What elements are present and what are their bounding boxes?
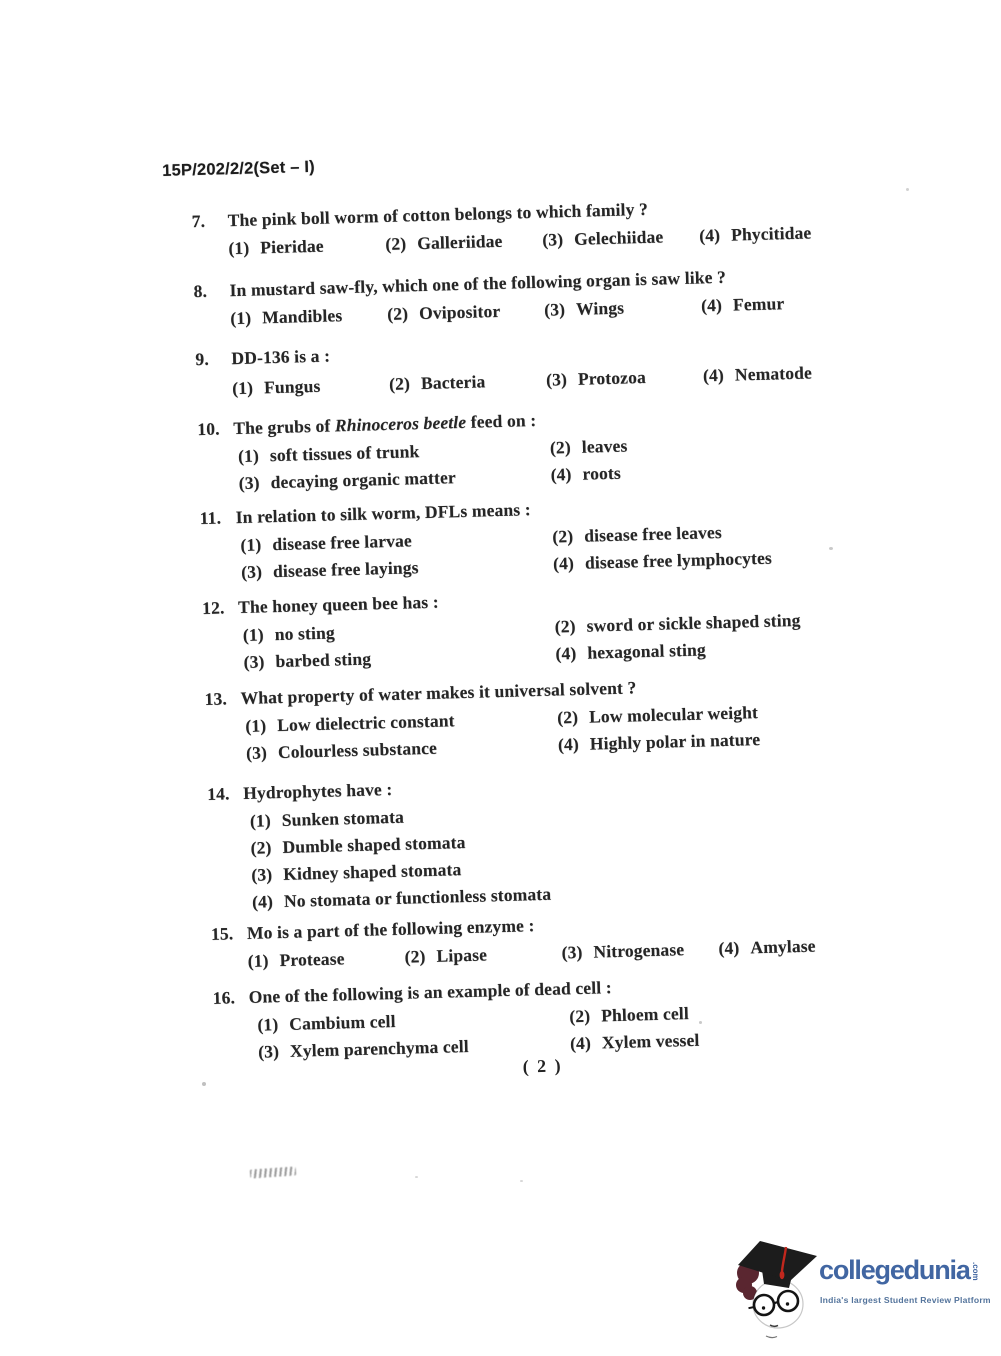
option: (4)Xylem vessel [570, 1030, 700, 1054]
option-label: Low molecular weight [589, 702, 758, 727]
question-number: 8. [193, 280, 230, 302]
option-label: Phloem cell [601, 1003, 689, 1025]
question-11: 11.In relation to silk worm, DFLs means … [169, 490, 886, 591]
option-label: soft tissues of trunk [270, 441, 420, 465]
option-number: (2) [557, 707, 578, 728]
question-text-italic: Rhinoceros beetle [335, 412, 467, 436]
option-number: (1) [230, 308, 251, 329]
option-label: Wings [576, 298, 625, 319]
collegedunia-logo: collegedunia .com India's largest Studen… [733, 1240, 997, 1348]
option-label: Nitrogenase [593, 939, 684, 961]
option: (2)leaves [550, 435, 628, 458]
option: (1)Protease [247, 947, 405, 972]
option-label: Ovipositor [419, 301, 501, 323]
option-label: decaying organic matter [270, 467, 456, 492]
collegedunia-domain-suffix: .com [971, 1262, 980, 1281]
option-number: (2) [552, 526, 573, 547]
option-label: disease free layings [273, 557, 419, 581]
option-label: disease free leaves [584, 522, 722, 546]
option-label: Kidney shaped stomata [283, 859, 462, 884]
option-label: Bacteria [421, 371, 486, 393]
option-label: Highly polar in nature [590, 729, 761, 754]
option: (4)disease free lymphocytes [553, 548, 772, 575]
option-number: (3) [246, 742, 267, 763]
option-number: (3) [542, 229, 563, 250]
question-9: 9.DD-136 is a : (1)Fungus(2)Bacteria(3)P… [165, 331, 881, 407]
option: (4)Nematode [703, 362, 812, 386]
option-number: (4) [718, 938, 739, 959]
option-number: (4) [550, 464, 571, 485]
option: (2)Phloem cell [569, 1003, 689, 1027]
option-label: hexagonal sting [587, 639, 706, 662]
collegedunia-wordmark: collegedunia [819, 1255, 970, 1286]
option-label: Femur [733, 293, 785, 314]
option-label: roots [582, 463, 621, 484]
page-number: ( 2 ) [522, 1055, 563, 1077]
option: (3)disease free layings [241, 554, 553, 583]
question-text: The honey queen bee has : [238, 592, 439, 617]
scan-speck [202, 1082, 206, 1086]
question-text-pre: The grubs of [233, 415, 335, 438]
option-number: (1) [245, 715, 266, 736]
option-label: leaves [581, 435, 627, 456]
option: (1)disease free larvae [240, 527, 552, 556]
option-number: (2) [389, 373, 410, 394]
option-label: Cambium cell [289, 1011, 396, 1034]
option: (3)Colourless substance [246, 734, 558, 763]
option: (1)Low dielectric constant [245, 707, 557, 736]
question-text: One of the following is an example of de… [248, 977, 612, 1007]
question-text: In mustard saw-fly, which one of the fol… [229, 267, 726, 300]
question-text: What property of water makes it universa… [240, 677, 636, 708]
option-number: (3) [243, 651, 264, 672]
option-number: (4) [570, 1033, 591, 1054]
option-number: (3) [544, 299, 565, 320]
option-number: (3) [241, 561, 262, 582]
option: (4)Femur [701, 293, 785, 316]
option-number: (1) [247, 950, 268, 971]
option-number: (1) [232, 378, 253, 399]
option-number: (2) [569, 1006, 590, 1027]
option-label: no sting [274, 622, 335, 644]
option-number: (3) [561, 942, 582, 963]
question-10: 10.The grubs of Rhinoceros beetle feed o… [167, 401, 884, 502]
option-number: (1) [257, 1014, 278, 1035]
scan-speck [699, 1021, 702, 1024]
option-label: Xylem vessel [602, 1030, 700, 1053]
scan-speck [415, 1176, 418, 1178]
scan-speck [520, 1180, 523, 1182]
option-number: (4) [701, 295, 722, 316]
option-label: Protozoa [578, 367, 646, 389]
option: (2)Galleriidae [385, 230, 543, 255]
question-text: In relation to silk worm, DFLs means : [235, 499, 531, 527]
option: (1)soft tissues of trunk [238, 438, 550, 467]
question-8: 8.In mustard saw-fly, which one of the f… [163, 263, 879, 337]
option: (3)Kidney shaped stomata [251, 859, 462, 885]
paper-code: 15P/202/2/2(Set – I) [162, 158, 315, 181]
option-label: sword or sickle shaped sting [586, 610, 800, 636]
option-label: Amylase [750, 936, 816, 958]
question-number: 15. [211, 923, 248, 945]
option-number: (2) [404, 946, 425, 967]
question-number: 13. [204, 688, 241, 710]
collegedunia-mascot-icon [735, 1240, 819, 1340]
question-7: 7.The pink boll worm of cotton belongs t… [161, 193, 877, 267]
option: (3)Protozoa [546, 365, 704, 390]
option: (4)No stomata or functionless stomata [252, 884, 552, 912]
option: (2)Bacteria [389, 370, 547, 395]
question-number: 7. [191, 210, 228, 232]
option: (3)Wings [544, 295, 702, 320]
option-label: No stomata or functionless stomata [284, 884, 552, 911]
question-text: The pink boll worm of cotton belongs to … [227, 199, 648, 230]
option-label: Fungus [264, 376, 321, 398]
option-label: Nematode [735, 362, 813, 384]
option: (1)Cambium cell [257, 1006, 569, 1035]
mascot-chin [766, 1336, 777, 1338]
option-number: (1) [243, 624, 264, 645]
option: (1)Fungus [232, 374, 390, 399]
option: (4)Highly polar in nature [558, 729, 761, 755]
option-number: (3) [546, 369, 567, 390]
option: (2)sword or sickle shaped sting [554, 610, 800, 638]
question-number: 14. [207, 783, 244, 805]
option-label: Xylem parenchyma cell [290, 1036, 469, 1061]
option-label: Colourless substance [278, 738, 438, 762]
question-14: 14.Hydrophytes have : (1)Sunken stomata … [177, 765, 895, 920]
option-label: Dumble shaped stomata [282, 832, 466, 857]
option-label: disease free lymphocytes [585, 548, 772, 573]
option-label: Protease [279, 948, 345, 970]
question-text: DD-136 is a : [231, 345, 330, 368]
document-content: 15P/202/2/2(Set – I) 7.The pink boll wor… [160, 141, 903, 1200]
option: (3)decaying organic matter [238, 465, 550, 494]
option: (1)Sunken stomata [250, 807, 405, 831]
question-text-post: feed on : [466, 410, 537, 432]
option-number: (2) [387, 303, 408, 324]
option-number: (1) [240, 534, 261, 555]
option-number: (1) [250, 810, 271, 831]
option-number: (2) [250, 837, 271, 858]
option-number: (1) [228, 238, 249, 259]
option: (4)Amylase [718, 936, 816, 960]
option-label: Gelechiidae [574, 226, 664, 248]
option-label: Mandibles [262, 305, 343, 327]
option-label: Low dielectric constant [277, 710, 455, 735]
question-number: 16. [212, 987, 249, 1009]
question-number: 12. [202, 597, 239, 619]
option-label: Galleriidae [417, 231, 503, 253]
option-number: (2) [385, 233, 406, 254]
option-number: (3) [251, 864, 272, 885]
option: (4)hexagonal sting [555, 639, 706, 664]
option: (1)no sting [243, 616, 555, 645]
option-number: (1) [238, 445, 259, 466]
question-number: 9. [195, 348, 232, 370]
option: (3)Gelechiidae [542, 225, 700, 250]
question-text: The grubs of Rhinoceros beetle feed on : [233, 410, 536, 438]
option-number: (4) [699, 225, 720, 246]
option: (3)barbed sting [243, 643, 555, 672]
option-number: (2) [550, 437, 571, 458]
option-number: (3) [258, 1041, 279, 1062]
option-number: (2) [554, 616, 575, 637]
option-label: barbed sting [275, 648, 371, 671]
option: (2)Low molecular weight [557, 702, 758, 728]
option-number: (4) [252, 891, 273, 912]
option: (1)Mandibles [230, 304, 388, 329]
option-number: (4) [555, 643, 576, 664]
option-number: (4) [553, 553, 574, 574]
collegedunia-tagline: India's largest Student Review Platform [820, 1295, 991, 1305]
option-label: Pieridae [260, 236, 324, 258]
question-text: Mo is a part of the following enzyme : [247, 915, 535, 943]
option-label: disease free larvae [272, 530, 412, 554]
question-number: 10. [197, 418, 234, 440]
option: (4)Phycitidae [699, 222, 812, 246]
option-number: (4) [703, 365, 724, 386]
option: (3)Nitrogenase [561, 938, 719, 963]
option: (2)Dumble shaped stomata [250, 832, 465, 858]
scanned-exam-page: 15P/202/2/2(Set – I) 7.The pink boll wor… [0, 0, 1001, 1356]
option: (2)Lipase [404, 942, 562, 967]
option-number: (3) [238, 472, 259, 493]
scan-speck [906, 188, 909, 191]
option-label: Phycitidae [731, 222, 812, 244]
option: (4)roots [550, 463, 621, 486]
option-label: Sunken stomata [281, 807, 404, 830]
scan-speck [829, 547, 833, 550]
question-text: Hydrophytes have : [243, 779, 393, 803]
option: (2)disease free leaves [552, 522, 722, 548]
option: (2)Ovipositor [387, 300, 545, 325]
option: (1)Pieridae [228, 234, 386, 259]
option-label: Lipase [436, 944, 487, 965]
question-number: 11. [199, 507, 236, 529]
question-13: 13.What property of water makes it unive… [174, 670, 891, 771]
question-12: 12.The honey queen bee has : (1)no sting… [172, 579, 889, 680]
option-number: (4) [558, 734, 579, 755]
